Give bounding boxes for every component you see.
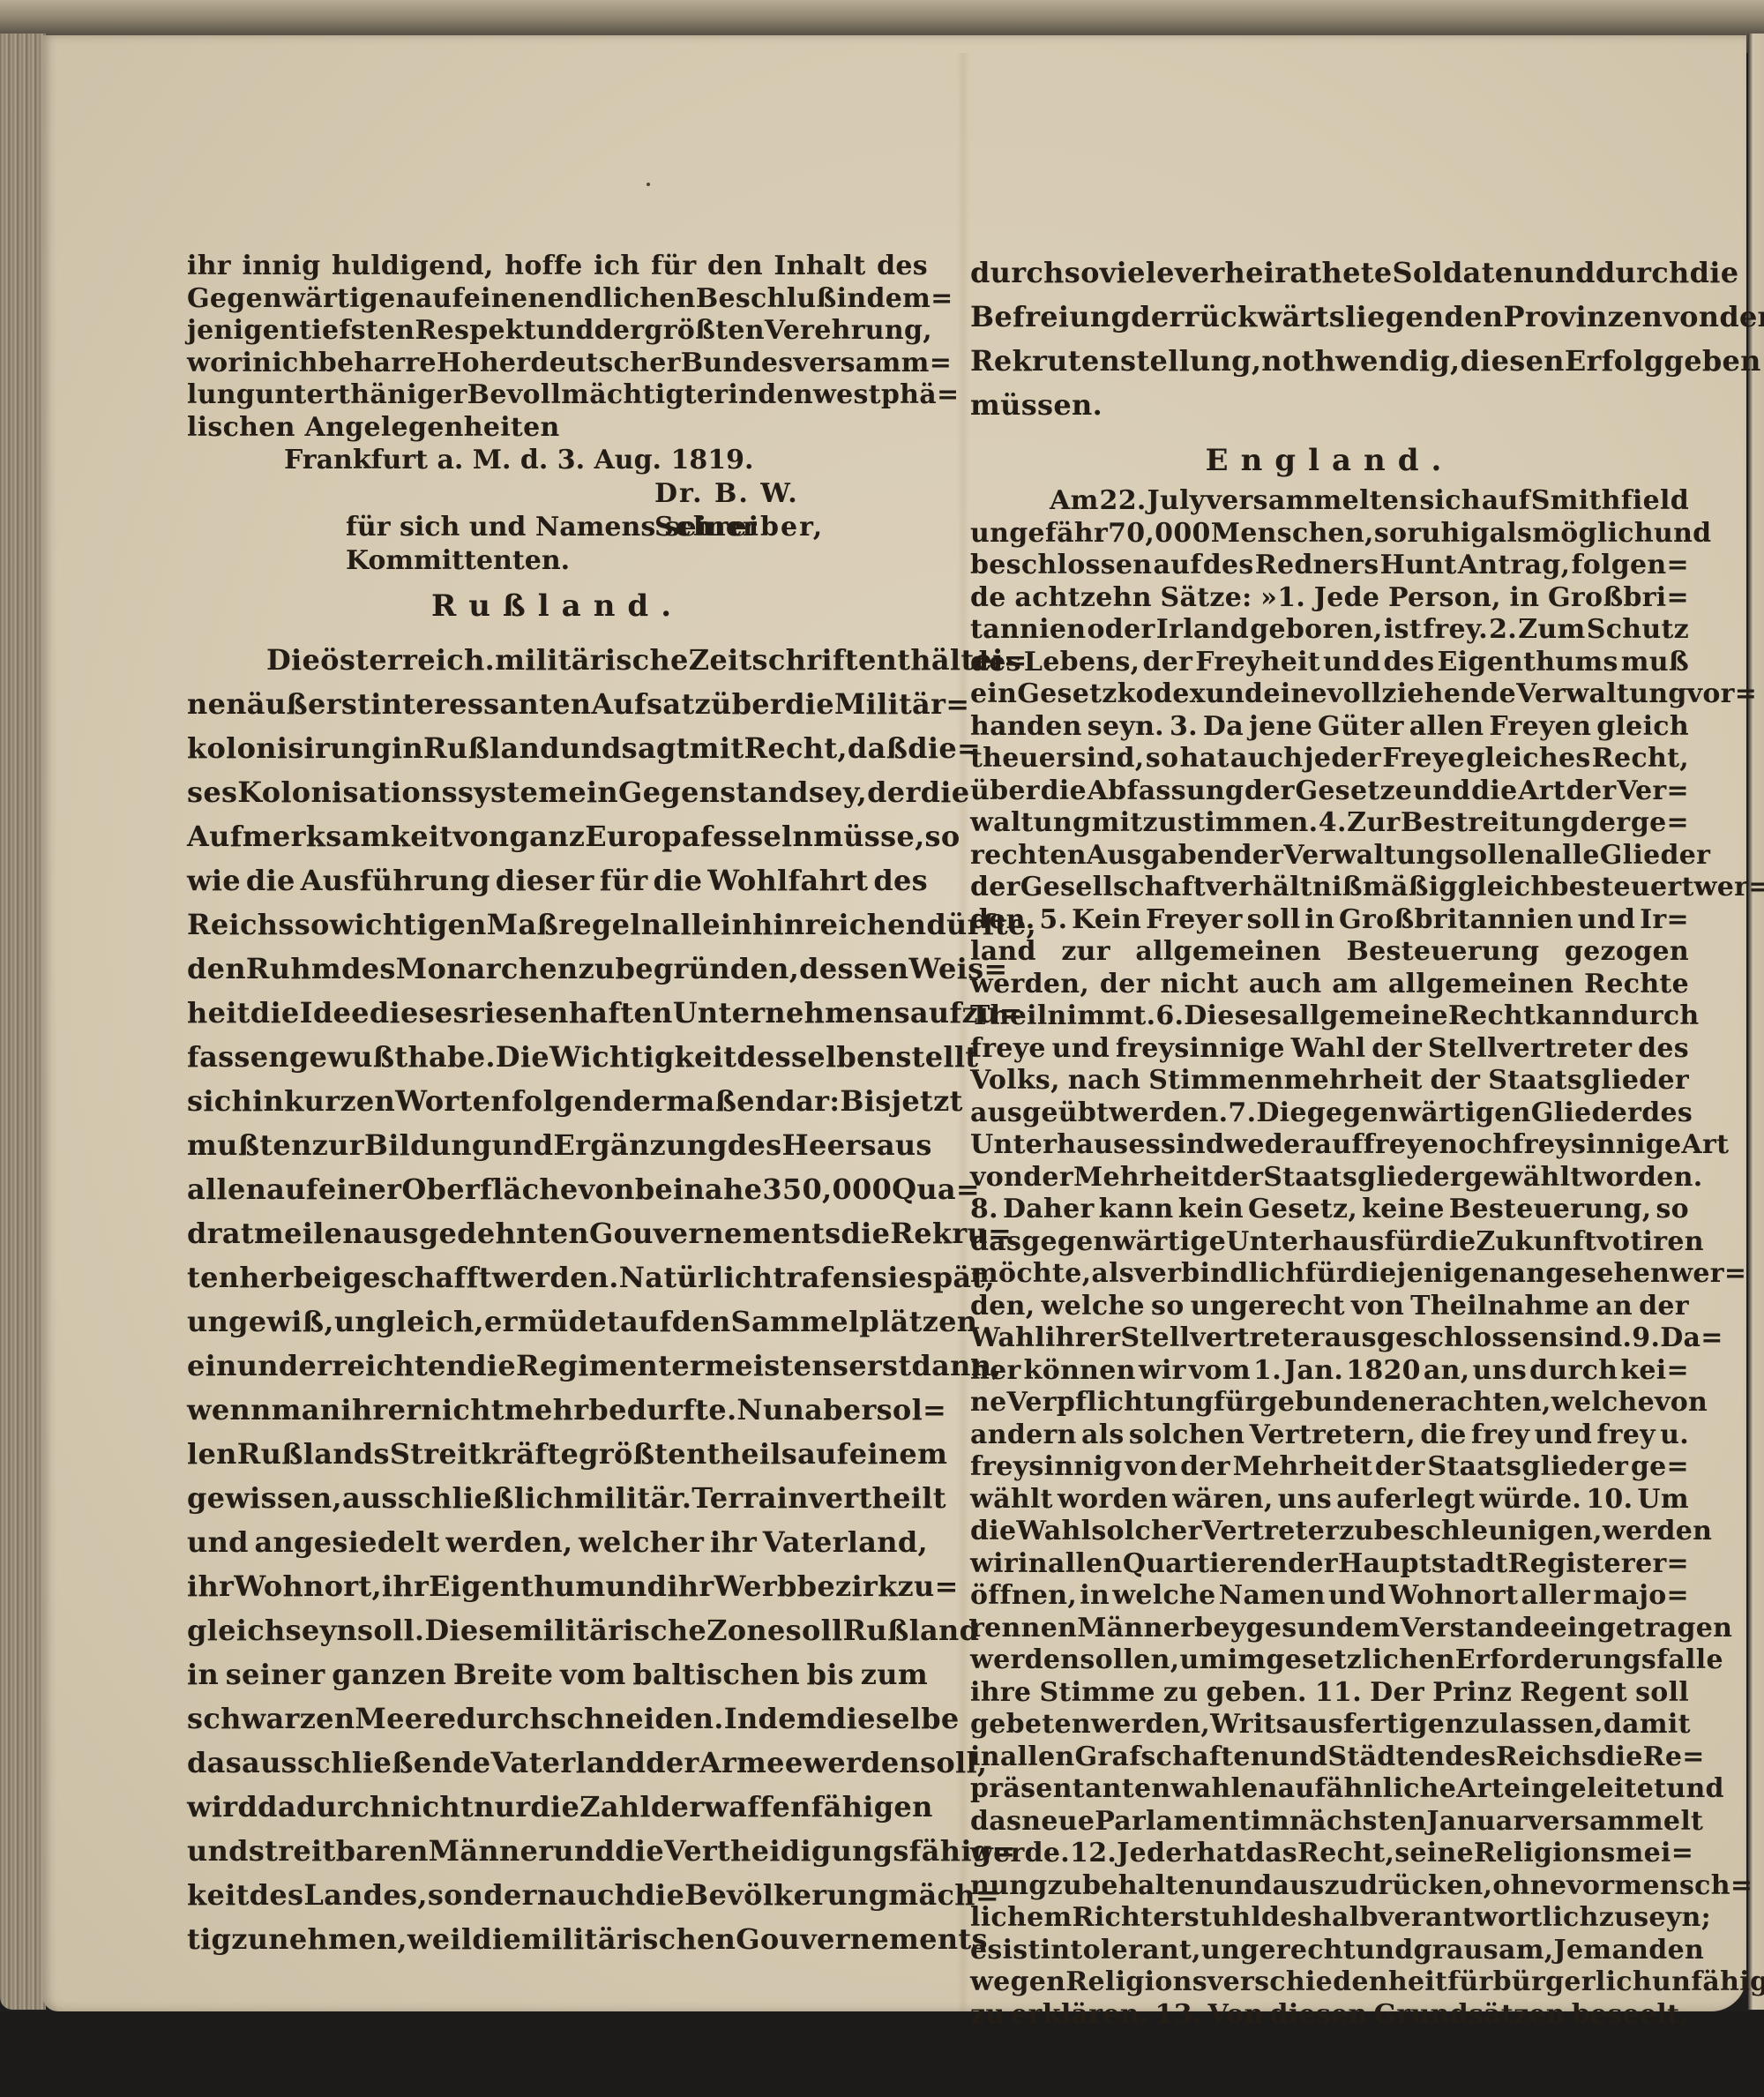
text-line: wiedieAusführungdieserfürdieWohlfahrtdes bbox=[187, 858, 928, 902]
text-line: AufmerksamkeitvonganzEuropafesselnmüsse,… bbox=[187, 814, 928, 858]
text-line: wennmanihrernichtmehrbedurfte.Nunabersol… bbox=[187, 1388, 928, 1432]
text-line: herkönnenwirvom1.Jan.1820an,unsdurchkei= bbox=[970, 1355, 1689, 1388]
text-line: rechtenAusgabenderVerwaltungsollenalleGl… bbox=[970, 840, 1689, 873]
continuation-paragraph: durchsovieleverheiratheteSoldatenunddurc… bbox=[970, 251, 1689, 427]
text-line: möchte,alsverbindlichfürdiejenigenangese… bbox=[970, 1258, 1689, 1291]
text-line: ungewiß,ungleich,ermüdetaufdenSammelplät… bbox=[187, 1299, 928, 1344]
text-line: dasneueParlamentimnächstenJanuarversamme… bbox=[970, 1806, 1689, 1839]
text-line: GegenwärtigenaufeinenendlichenBeschlußin… bbox=[187, 283, 928, 316]
text-line: Theilnimmt.6.DiesesallgemeineRechtkanndu… bbox=[970, 1000, 1689, 1033]
text-line: beschlossenaufdesRednersHuntAntrag,folge… bbox=[970, 550, 1689, 582]
text-line: deachtzehnSätze:»1.JedePerson,inGroßbri= bbox=[970, 582, 1689, 615]
text-line: Rekrutenstellung,nothwendig,diesenErfolg… bbox=[970, 339, 1689, 383]
text-line: ausgeübtwerden.7.DiegegenwärtigenGlieder… bbox=[970, 1097, 1689, 1130]
text-line: derGesellschaftverhältnißmäßiggleichbest… bbox=[970, 872, 1689, 904]
text-line: sichinkurzenWortenfolgendermaßendar:Bisj… bbox=[187, 1079, 928, 1123]
text-line: vonderMehrheitderStaatsgliedergewähltwor… bbox=[970, 1162, 1689, 1195]
text-line: öffnen,inwelcheNamenundWohnortallermajo= bbox=[970, 1580, 1689, 1613]
text-line: lungunterthänigerBevollmächtigterindenwe… bbox=[187, 379, 928, 412]
section-body-russland: Dieösterreich.militärischeZeitschriftent… bbox=[187, 638, 928, 1961]
text-line: ungefähr70,000Menschen,soruhigalsmöglich… bbox=[970, 518, 1689, 550]
text-line: tannienoderIrlandgeboren,istfrey.2.ZumSc… bbox=[970, 614, 1689, 647]
text-line: inallenGrafschaftenundStädtendesReichsdi… bbox=[970, 1741, 1689, 1774]
text-line: werden,dernichtauchamallgemeinenRechte bbox=[970, 969, 1689, 1001]
text-line: kolonisirunginRußlandundsagtmitRecht,daß… bbox=[187, 726, 928, 770]
text-line: denRuhmdesMonarchenzubegründen,dessenWei… bbox=[187, 947, 928, 991]
text-line: zuerklären.13.VondiesenGrundsätzenbeseel… bbox=[970, 1999, 1689, 2032]
text-line: einGesetzkodexundeinevollziehendeVerwalt… bbox=[970, 678, 1689, 711]
text-line: keitdesLandes,sondernauchdieBevölkerungm… bbox=[187, 1873, 928, 1917]
right-column: durchsovieleverheiratheteSoldatenunddurc… bbox=[970, 251, 1689, 2031]
signature-name: Dr. B. W. Schreiber, bbox=[187, 477, 928, 511]
text-line: tenherbeigeschafftwerden.Natürlichtrafen… bbox=[187, 1255, 928, 1299]
text-line: ReichssowichtigenMaßregelnalleinhinreich… bbox=[187, 902, 928, 947]
text-line: fassengewußthabe.DieWichtigkeitdesselben… bbox=[187, 1035, 928, 1079]
text-line: dasausschließendeVaterlandderArmeewerden… bbox=[187, 1741, 928, 1785]
text-line: Unterhausessindwederauffreyenochfreysinn… bbox=[970, 1129, 1689, 1162]
ink-speck bbox=[647, 183, 650, 186]
text-line: dasgegenwärtigeUnterhausfürdieZukunftvot… bbox=[970, 1226, 1689, 1259]
text-line: Am22.JulyversammeltensichaufSmithfield bbox=[970, 485, 1689, 518]
text-line: mußtenzurBildungundErgänzungdesHeersaus bbox=[187, 1123, 928, 1167]
text-line: durchsovieleverheiratheteSoldatenunddurc… bbox=[970, 251, 1689, 295]
text-line: undstreitbarenMännerunddieVertheidigungs… bbox=[187, 1829, 928, 1873]
text-line: gewissen,ausschließlichmilitär.Terrainve… bbox=[187, 1476, 928, 1520]
text-line: tigzunehmen,weildiemilitärischenGouverne… bbox=[187, 1917, 928, 1961]
text-line: ihreStimmezugeben.11.DerPrinzRegentsoll bbox=[970, 1677, 1689, 1710]
text-line: neVerpflichtungfürgebundenerachten,welch… bbox=[970, 1387, 1689, 1419]
text-line: Volks,nachStimmenmehrheitderStaatsgliede… bbox=[970, 1065, 1689, 1097]
text-line: lenRußlandsStreitkräftegrößtentheilsaufe… bbox=[187, 1432, 928, 1476]
text-line: dratmeilenausgedehntenGouvernementsdieRe… bbox=[187, 1211, 928, 1255]
text-line: präsentantenwahlenaufähnlicheArteingelei… bbox=[970, 1773, 1689, 1806]
text-line: Dieösterreich.militärischeZeitschriftent… bbox=[187, 638, 928, 682]
text-line: esistintolerant,ungerechtundgrausam,Jema… bbox=[970, 1935, 1689, 1967]
text-line: gleichseynsoll.DiesemilitärischeZonesoll… bbox=[187, 1608, 928, 1652]
text-line: überdieAbfassungderGesetzeunddieArtderVe… bbox=[970, 775, 1689, 808]
text-line: freysinnigvonderMehrheitderStaatsglieder… bbox=[970, 1451, 1689, 1484]
text-line: WahlihrerStellvertreterausgeschlossensin… bbox=[970, 1322, 1689, 1355]
text-line: worinichbeharreHoherdeutscherBundesversa… bbox=[187, 348, 928, 380]
text-line: freyeundfreysinnigeWahlderStellvertreter… bbox=[970, 1033, 1689, 1066]
text-line: lischen Angelegenheiten bbox=[187, 412, 928, 445]
text-line: werdensollen,umimgesetzlichenErforderung… bbox=[970, 1644, 1689, 1677]
text-line: jenigentiefstenRespektunddergrößtenVereh… bbox=[187, 315, 928, 348]
text-line: heitdieIdeediesesriesenhaftenUnternehmen… bbox=[187, 991, 928, 1035]
page-stack-edge bbox=[0, 34, 46, 2010]
text-line: waltungmitzustimmen.4.ZurBestreitungderg… bbox=[970, 807, 1689, 840]
text-line: undangesiedeltwerden,welcherihrVaterland… bbox=[187, 1520, 928, 1564]
text-line: allenaufeinerOberflächevonbeinahe350,000… bbox=[187, 1167, 928, 1211]
text-line: ihrWohnort,ihrEigenthumundihrWerbbezirkz… bbox=[187, 1564, 928, 1608]
text-line: einunderreichtendieRegimentermeistensers… bbox=[187, 1344, 928, 1388]
text-line: wirddadurchnichtnurdieZahlderwaffenfähig… bbox=[187, 1785, 928, 1829]
text-line: wegenReligionsverschiedenheitfürbürgerli… bbox=[970, 1966, 1689, 1999]
section-heading-england: England. bbox=[970, 443, 1689, 478]
text-line: andernalssolchenVertretern,diefreyundfre… bbox=[970, 1419, 1689, 1452]
text-line: 8.DaherkannkeinGesetz,keineBesteuerung,s… bbox=[970, 1194, 1689, 1226]
text-line: nenäußerstinteressantenAufsatzüberdieMil… bbox=[187, 682, 928, 726]
text-line: desLebens,derFreyheitunddesEigenthumsmuß bbox=[970, 647, 1689, 679]
text-line: rennenMännerbeygesundemVerstandeeingetra… bbox=[970, 1613, 1689, 1645]
text-line: wirinallenQuartierenderHauptstadtRegiste… bbox=[970, 1548, 1689, 1581]
text-line: landzurallgemeinenBesteuerunggezogen bbox=[970, 936, 1689, 969]
text-line: den,welchesoungerechtvonTheilnahmeander bbox=[970, 1291, 1689, 1323]
text-line: schwarzenMeeredurchschneiden.Indemdiesel… bbox=[187, 1696, 928, 1741]
text-line: werde.12.JederhatdasRecht,seineReligions… bbox=[970, 1838, 1689, 1870]
text-line: den.5.KeinFreyersollinGroßbritannienundI… bbox=[970, 904, 1689, 937]
text-line: theuersind,sohatauchjederFreyegleichesRe… bbox=[970, 743, 1689, 775]
text-line: wähltwordenwären,unsauferlegtwürde.10.Um bbox=[970, 1484, 1689, 1517]
text-line: ihrinnighuldigend,hoffeichfürdenInhaltde… bbox=[187, 251, 928, 283]
text-line: sesKolonisationssystemeinGegenstandsey,d… bbox=[187, 770, 928, 814]
text-line: handenseyn.3.DajeneGüterallenFreyengleic… bbox=[970, 711, 1689, 744]
left-column: ihrinnighuldigend,hoffeichfürdenInhaltde… bbox=[187, 251, 928, 1961]
place-date: Frankfurt a. M. d. 3. Aug. 1819. bbox=[187, 444, 928, 477]
closing-paragraph: ihrinnighuldigend,hoffeichfürdenInhaltde… bbox=[187, 251, 928, 444]
text-line: nungzubehaltenundauszudrücken,ohnevormen… bbox=[970, 1870, 1689, 1903]
text-line: gebetenwerden,Writsausfertigenzulassen,d… bbox=[970, 1709, 1689, 1741]
text-line: inseinerganzenBreitevombaltischenbiszum bbox=[187, 1652, 928, 1696]
text-line: lichemRichterstuhldeshalbverantwortlichz… bbox=[970, 1902, 1689, 1935]
section-heading-russland: Rußland. bbox=[187, 588, 928, 624]
section-body-england: Am22.JulyversammeltensichaufSmithfield u… bbox=[970, 485, 1689, 2031]
text-line: dieWahlsolcherVertreterzubeschleunigen,w… bbox=[970, 1516, 1689, 1548]
text-line: BefreiungderrückwärtsliegendenProvinzenv… bbox=[970, 295, 1689, 339]
text-line: müssen. bbox=[970, 383, 1689, 427]
